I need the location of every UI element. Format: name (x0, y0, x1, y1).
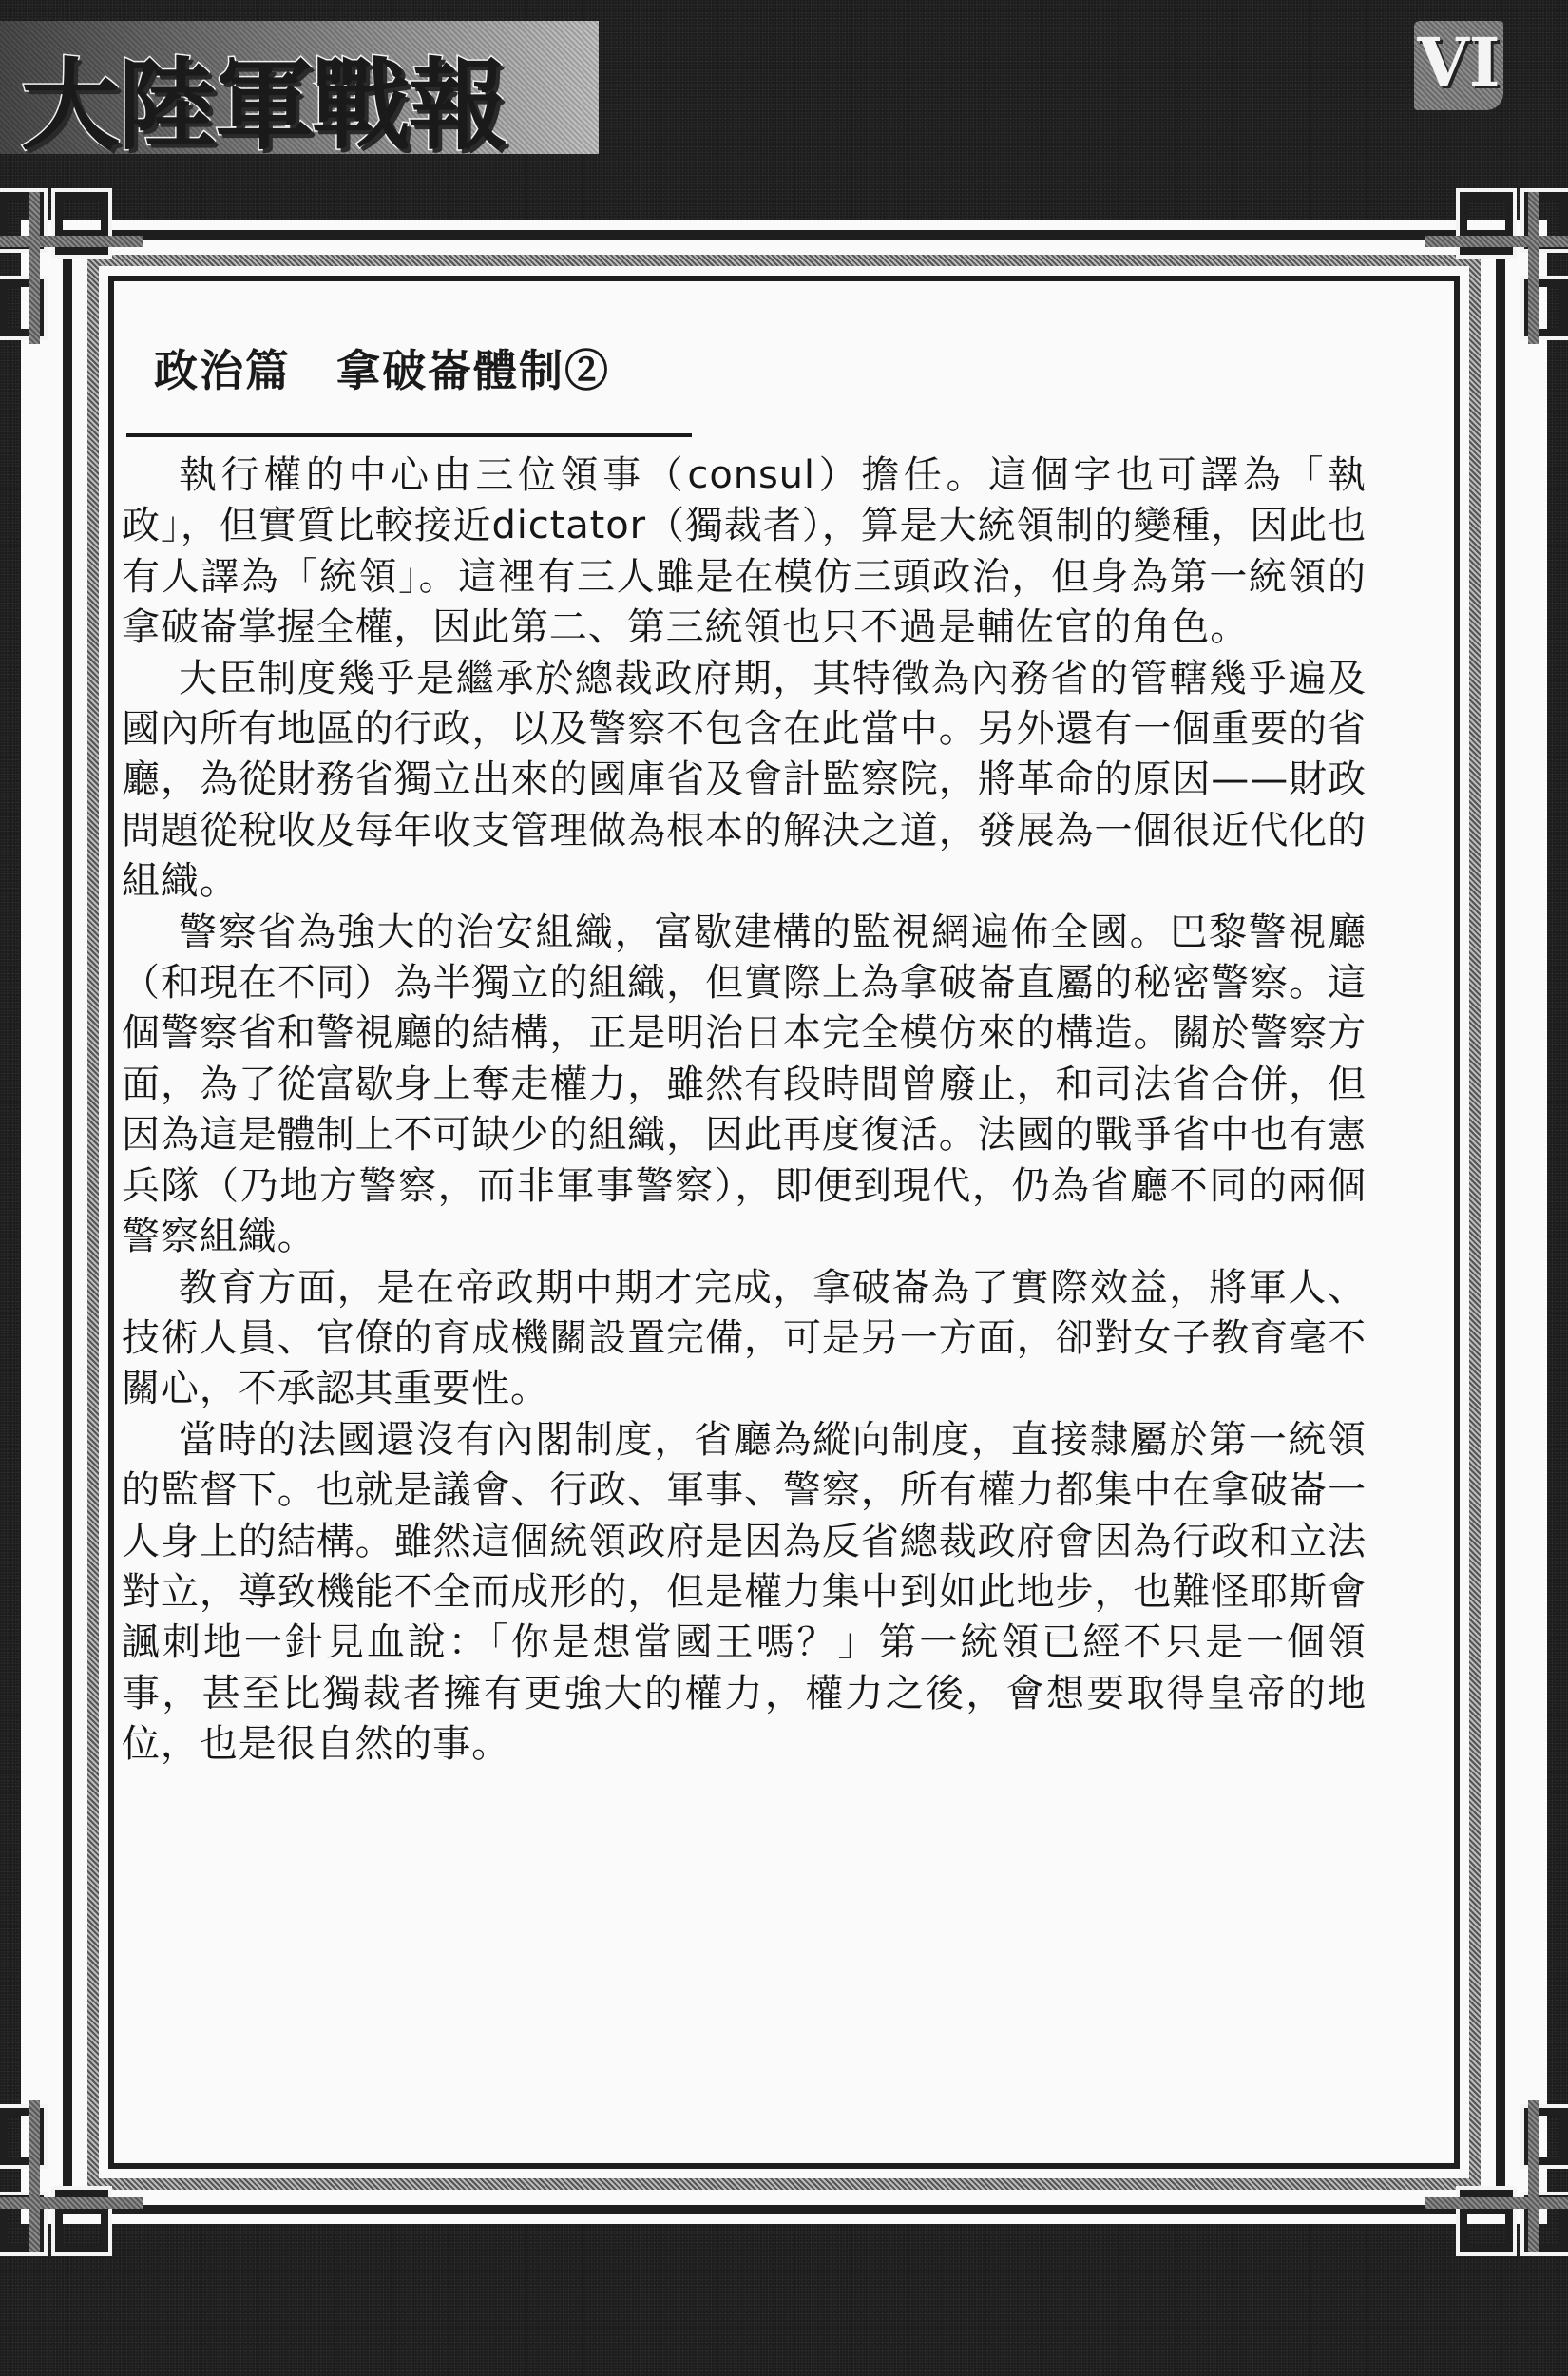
corner-ornament-top-right (1444, 192, 1568, 316)
chapter-numeral: VI (1414, 23, 1503, 103)
title-underline (126, 433, 692, 437)
chapter-badge: VI (1414, 21, 1503, 110)
section-title: 政治篇 拿破崙體制② (122, 342, 1376, 399)
paragraph-power-concentration: 當時的法國還沒有內閣制度，省廳為縱向制度，直接隸屬於第一統領的監督下。也就是議會… (122, 1415, 1367, 1771)
corner-ornament-bottom-left (0, 2129, 124, 2252)
corner-ornament-top-left (0, 192, 124, 316)
series-title: 大陸軍戰報 (21, 53, 506, 158)
paragraph-ministers: 大臣制度幾乎是繼承於總裁政府期，其特徵為內務省的管轄幾乎遍及國內所有地區的行政，… (122, 654, 1367, 908)
series-banner: 大陸軍戰報 (0, 21, 599, 154)
article: 政治篇 拿破崙體制② 執行權的中心由三位領事（consul）擔任。這個字也可譯為… (122, 342, 1376, 1771)
article-body: 執行權的中心由三位領事（consul）擔任。這個字也可譯為「執政」，但實質比較接… (122, 450, 1367, 1771)
paragraph-education: 教育方面，是在帝政期中期才完成，拿破崙為了實際效益，將軍人、技術人員、官僚的育成… (122, 1263, 1367, 1415)
paragraph-police: 警察省為強大的治安組織，富歇建構的監視網遍佈全國。巴黎警視廳（和現在不同）為半獨… (122, 908, 1367, 1263)
corner-ornament-bottom-right (1444, 2129, 1568, 2252)
paragraph-executive: 執行權的中心由三位領事（consul）擔任。這個字也可譯為「執政」，但實質比較接… (122, 450, 1367, 654)
